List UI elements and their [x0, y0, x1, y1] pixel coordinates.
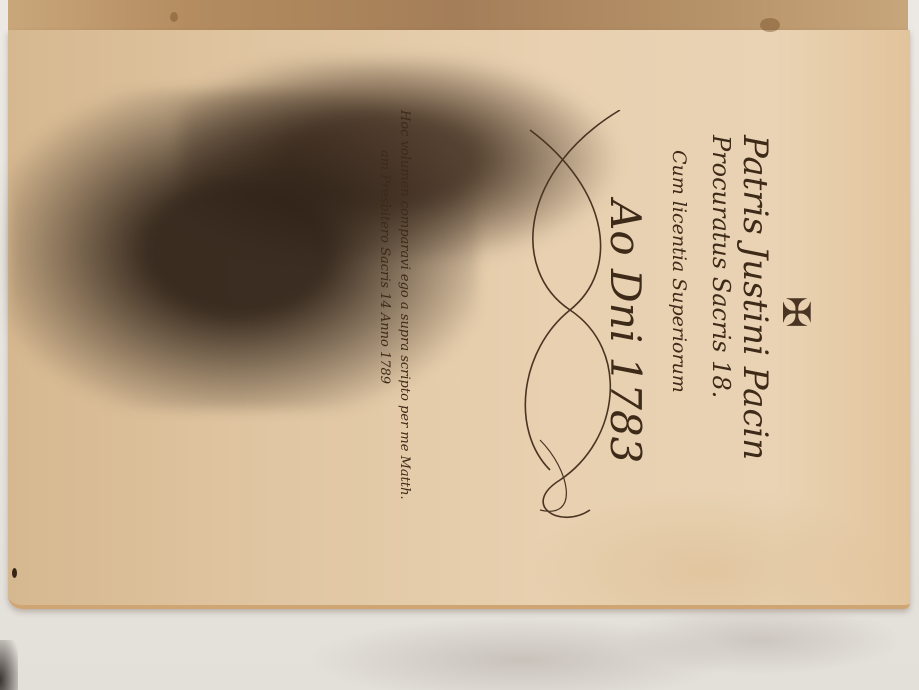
- title-line-3: Cum licentia Superiorum: [668, 150, 690, 393]
- title-line-2: Procuratus Sacris 18.: [707, 135, 735, 398]
- dark-corner: [0, 640, 18, 690]
- ownership-note-line-1: Hoc volumen comparavi ego a supra script…: [397, 110, 412, 500]
- cross-icon: ✠: [774, 296, 818, 328]
- stain: [760, 18, 780, 32]
- stain: [170, 12, 178, 22]
- ink-spot: [12, 568, 17, 578]
- title-line-1: Patris Justini Pacin: [735, 135, 775, 460]
- ownership-note-line-2: am Presbitero Sacris 14 Anno 1789: [377, 150, 392, 384]
- title-year-line: Ao Dni 1783: [601, 200, 650, 463]
